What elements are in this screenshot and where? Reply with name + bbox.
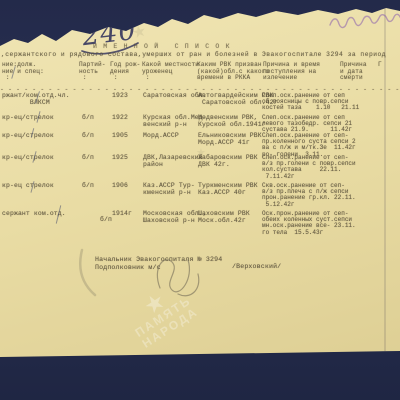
row2-rank: кр-ец/стрелок — [2, 115, 54, 122]
row5-party: б/п — [82, 183, 94, 190]
row1-year: 1923 — [112, 93, 128, 100]
row2-diagnosis: Слеп.оск.ранение от сеп левого тазобедр.… — [262, 115, 399, 134]
paper-fold-crease — [384, 8, 386, 352]
row3-locality: Морд.АССР — [143, 133, 179, 140]
column-header-edge-fragment: Г — [378, 62, 382, 69]
row4-locality: ДВК,Лазаревский район — [143, 155, 203, 169]
row2-party: б/п — [82, 115, 94, 122]
column-header-birthyear: Год рож- дения : — [110, 62, 140, 82]
row6-diagnosis: Оск.прон.ранение от сеп- обеих коленных … — [262, 211, 399, 236]
row5-locality: Каз.АССР Тур- кменский р-н — [143, 183, 195, 197]
column-header-party: Партий- ность : — [79, 62, 106, 82]
row3-year: 1905 — [112, 133, 128, 140]
row6-rvk: Шаховским РВК Моск.обл.42г — [198, 211, 250, 225]
column-header-rvk: Каким РВК призван (какой)обл.с какого вр… — [197, 62, 269, 82]
row6-party: б/п — [100, 217, 112, 224]
row4-rvk: Хабаровским РВК ДВК 42г. — [198, 155, 258, 169]
row5-year: 1906 — [112, 183, 128, 190]
column-header-locality: Какой местности уроженец : — [142, 62, 199, 82]
row3-party: б/п — [82, 133, 94, 140]
row5-rank: кр-ец стрелок — [2, 183, 54, 190]
row4-rank: кр-ец/стрелок — [2, 155, 54, 162]
document-title: И М Е Н Н О Й С П И С О К — [93, 43, 231, 50]
column-header-rank: ние:долж. ние и спец: : — [2, 62, 44, 82]
row5-diagnosis: Скв.оск.ранение от сеп- в/з пр.плеча с п… — [262, 183, 399, 208]
column-header-cause: Причина и время поступления на излечение — [263, 62, 320, 82]
footer-signature-name: /Верховский/ — [232, 263, 281, 270]
column-header-death: Причина и дата смерти — [340, 62, 367, 82]
row1-diagnosis: Слеп.оск.ранение от сеп об.поясницы с по… — [262, 93, 399, 112]
document-subtitle: ,сержантского и рядового состава,умерших… — [1, 51, 399, 58]
row4-year: 1925 — [112, 155, 128, 162]
row2-rvk: Медвенским РВК, Курской обл.1941г — [198, 115, 266, 129]
row2-year: 1922 — [112, 115, 128, 122]
row4-party: б/п — [82, 155, 94, 162]
row4-diagnosis: Слеп.оск.ранение от сеп- в/з пр.голени с… — [262, 155, 399, 180]
document-paper: ★ ★ 240 И М Е Н Н О Й С П И С О К ,сержа… — [0, 0, 400, 400]
row5-rvk: Туркменским РВК Каз.АССР 40г — [198, 183, 258, 197]
row3-rank: кр-ец/стрелок — [2, 133, 54, 140]
row3-rvk: Ельниковским РВК Морд.АССР 41г — [198, 133, 262, 147]
row6-year: 1914г — [112, 211, 132, 218]
